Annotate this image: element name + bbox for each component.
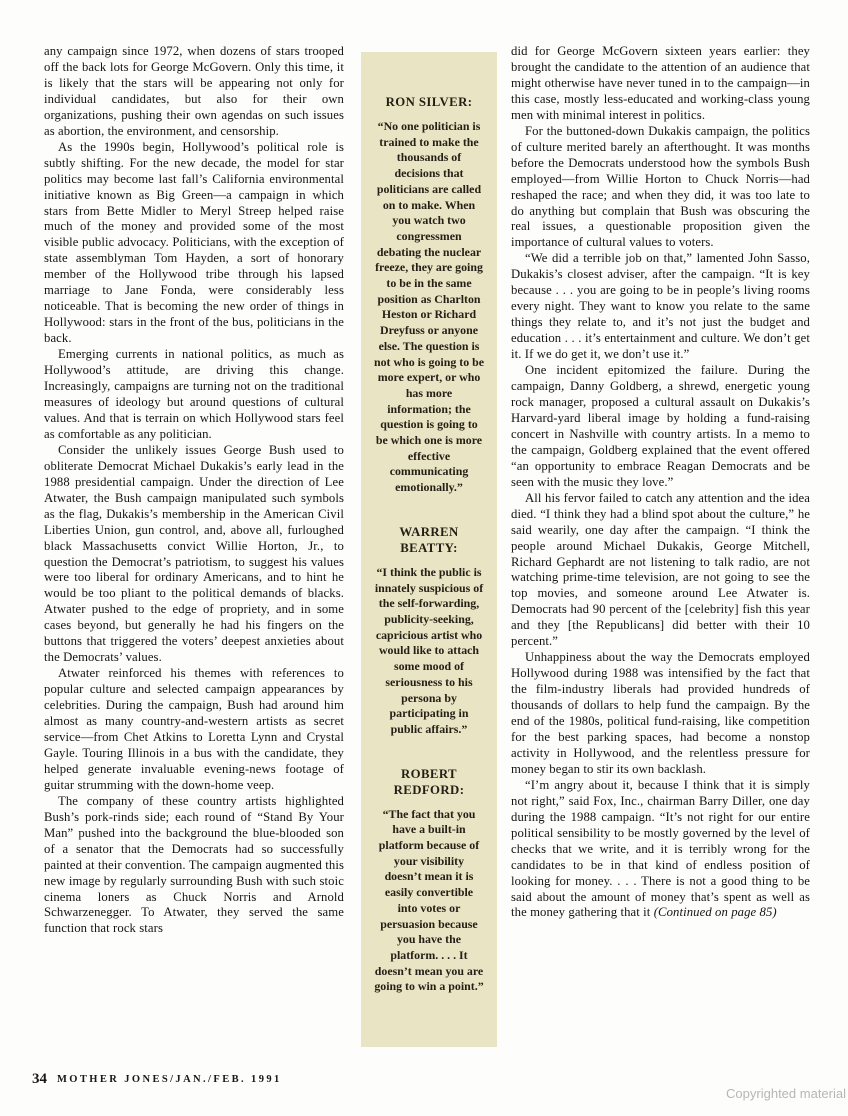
pull-quote-text: “The fact that you have a built-in platf… xyxy=(374,807,484,995)
pull-quote-robert-redford: ROBERT REDFORD: “The fact that you have … xyxy=(374,766,484,995)
body-paragraph: Emerging currents in national politics, … xyxy=(44,347,344,443)
magazine-title-folio: MOTHER JONES/JAN./FEB. 1991 xyxy=(57,1074,282,1085)
pull-quote-sidebar: RON SILVER: “No one politician is traine… xyxy=(361,52,497,1047)
body-paragraph: Atwater reinforced his themes with refer… xyxy=(44,666,344,794)
right-column: did for George McGovern sixteen years ea… xyxy=(511,44,810,921)
body-paragraph: Consider the unlikely issues George Bush… xyxy=(44,443,344,666)
paragraph-text: “I’m angry about it, because I think tha… xyxy=(511,778,810,920)
page-number: 34 xyxy=(32,1071,47,1087)
pull-quote-warren-beatty: WARREN BEATTY: “I think the public is in… xyxy=(374,524,484,738)
body-paragraph: As the 1990s begin, Hollywood’s politica… xyxy=(44,140,344,347)
body-paragraph: “We did a terrible job on that,” lamente… xyxy=(511,251,810,363)
body-paragraph-with-continuation: “I’m angry about it, because I think tha… xyxy=(511,778,810,922)
copyright-notice: Copyrighted material xyxy=(726,1086,846,1101)
body-paragraph: did for George McGovern sixteen years ea… xyxy=(511,44,810,124)
pull-quote-speaker: RON SILVER: xyxy=(374,94,484,110)
body-paragraph: any campaign since 1972, when dozens of … xyxy=(44,44,344,140)
pull-quote-speaker: ROBERT REDFORD: xyxy=(374,766,484,798)
pull-quote-text: “I think the public is innately suspicio… xyxy=(374,565,484,738)
magazine-page: any campaign since 1972, when dozens of … xyxy=(0,0,848,1116)
body-paragraph: The company of these country artists hig… xyxy=(44,794,344,938)
body-paragraph: Unhappiness about the way the Democrats … xyxy=(511,650,810,778)
left-column: any campaign since 1972, when dozens of … xyxy=(44,44,344,937)
pull-quote-ron-silver: RON SILVER: “No one politician is traine… xyxy=(374,94,484,496)
body-paragraph: For the buttoned-down Dukakis campaign, … xyxy=(511,124,810,252)
pull-quote-speaker: WARREN BEATTY: xyxy=(374,524,484,556)
page-footer: 34MOTHER JONES/JAN./FEB. 1991 xyxy=(32,1069,282,1088)
pull-quote-text: “No one politician is trained to make th… xyxy=(374,119,484,496)
body-paragraph: All his fervor failed to catch any atten… xyxy=(511,491,810,651)
body-paragraph: One incident epitomized the failure. Dur… xyxy=(511,363,810,491)
continued-on-page-note: (Continued on page 85) xyxy=(654,905,777,919)
